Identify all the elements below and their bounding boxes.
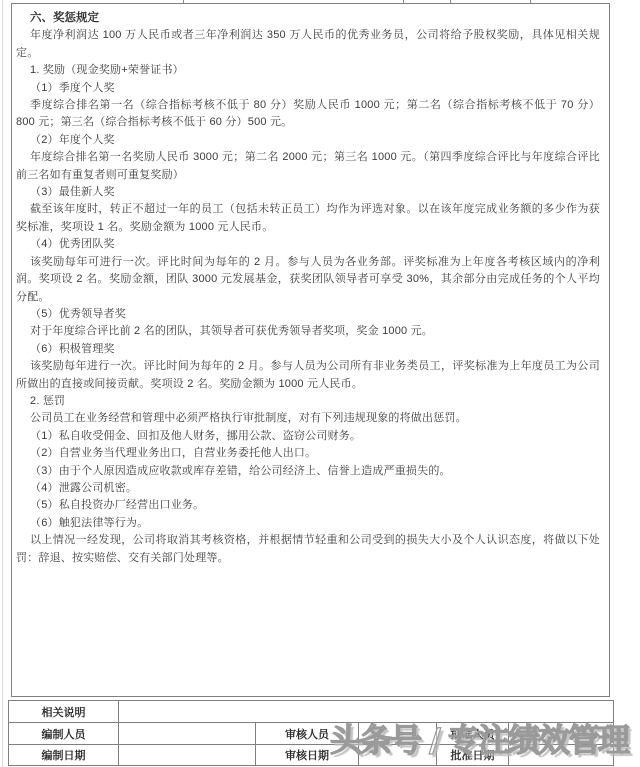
- page-edge-line: [2, 0, 3, 767]
- reviewed-by-label: 审核人员: [256, 723, 359, 745]
- paragraph: 对于年度综合评比前 2 名的团队，其领导者可获优秀领导者奖项，奖金 1000 元…: [16, 323, 600, 340]
- paragraph: （2）自营业务当代理业务出口，自营业务委托他人出口。: [16, 445, 600, 462]
- prepared-date-value: [119, 745, 256, 766]
- approval-date-value: [509, 745, 614, 766]
- paragraph: 该奖励每年可进行一次。评比时间为每年的 2 月。参与人员为各业务部。评奖标准为上…: [16, 254, 600, 306]
- paragraph: （2）年度个人奖: [16, 132, 600, 149]
- review-date-value: [359, 745, 437, 766]
- paragraph: 该奖励每年进行一次。评比时间为每年的 2 月。参与人员为公司所有非业务类员工，评…: [16, 358, 600, 393]
- related-note-label: 相关说明: [9, 701, 119, 723]
- paragraph: （5）私自投资办厂经营出口业务。: [16, 497, 600, 514]
- approval-date-label: 批准日期: [437, 745, 509, 766]
- paragraph: （6）积极管理奖: [16, 341, 600, 358]
- review-date-label: 审核日期: [256, 745, 359, 766]
- paragraph: 以上情况一经发现，公司将取消其考核资格，并根据情节轻重和公司受到的损失大小及个人…: [16, 532, 600, 567]
- related-note-value: [119, 701, 614, 723]
- paragraph: （3）由于个人原因造成应收款或库存差错，给公司经济上、信誉上造成严重损失的。: [16, 463, 600, 480]
- paragraph: （1）季度个人奖: [16, 80, 600, 97]
- paragraph: 季度综合排名第一名（综合指标考核不低于 80 分）奖励人民币 1000 元；第二…: [16, 97, 600, 132]
- paragraph: （6）触犯法律等行为。: [16, 515, 600, 532]
- regulations-section: 六、奖惩规定 年度净利润达 100 万人民币或者三年净利润达 350 万人民币的…: [11, 3, 610, 697]
- section-title: 六、奖惩规定: [16, 10, 600, 27]
- paragraph: 年度综合排名第一名奖励人民币 3000 元；第二名 2000 元；第三名 100…: [16, 149, 600, 184]
- prepared-by-label: 编制人员: [9, 723, 119, 745]
- approved-by-label: 批准人员: [437, 723, 509, 745]
- paragraph: （1）私自收受佣金、回扣及他人财务，挪用公款、盗窃公司财务。: [16, 428, 600, 445]
- paragraph: （4）泄露公司机密。: [16, 480, 600, 497]
- signature-table: 相关说明 编制人员 审核人员 批准人员 编制日期 审核日期 批准日期: [8, 700, 614, 766]
- paragraph: （5）优秀领导者奖: [16, 306, 600, 323]
- prepared-date-label: 编制日期: [9, 745, 119, 766]
- paragraph: 公司员工在业务经营和管理中必须严格执行审批制度，对有下列违规现象的将做出惩罚。: [16, 410, 600, 427]
- paragraph: 年度净利润达 100 万人民币或者三年净利润达 350 万人民币的优秀业务员，公…: [16, 27, 600, 62]
- paragraph: （3）最佳新人奖: [16, 184, 600, 201]
- prepared-by-value: [119, 723, 256, 745]
- paragraph: 2. 惩罚: [16, 393, 600, 410]
- paragraph: （4）优秀团队奖: [16, 236, 600, 253]
- document-page: { "page": { "background": "#ffffff", "bo…: [0, 0, 640, 767]
- paragraph: 截至该年度时，转正不超过一年的员工（包括未转正员工）均作为评选对象。以在该年度完…: [16, 201, 600, 236]
- reviewed-by-value: [359, 723, 437, 745]
- approved-by-value: [509, 723, 614, 745]
- paragraph: 1. 奖励（现金奖励+荣誉证书）: [16, 62, 600, 79]
